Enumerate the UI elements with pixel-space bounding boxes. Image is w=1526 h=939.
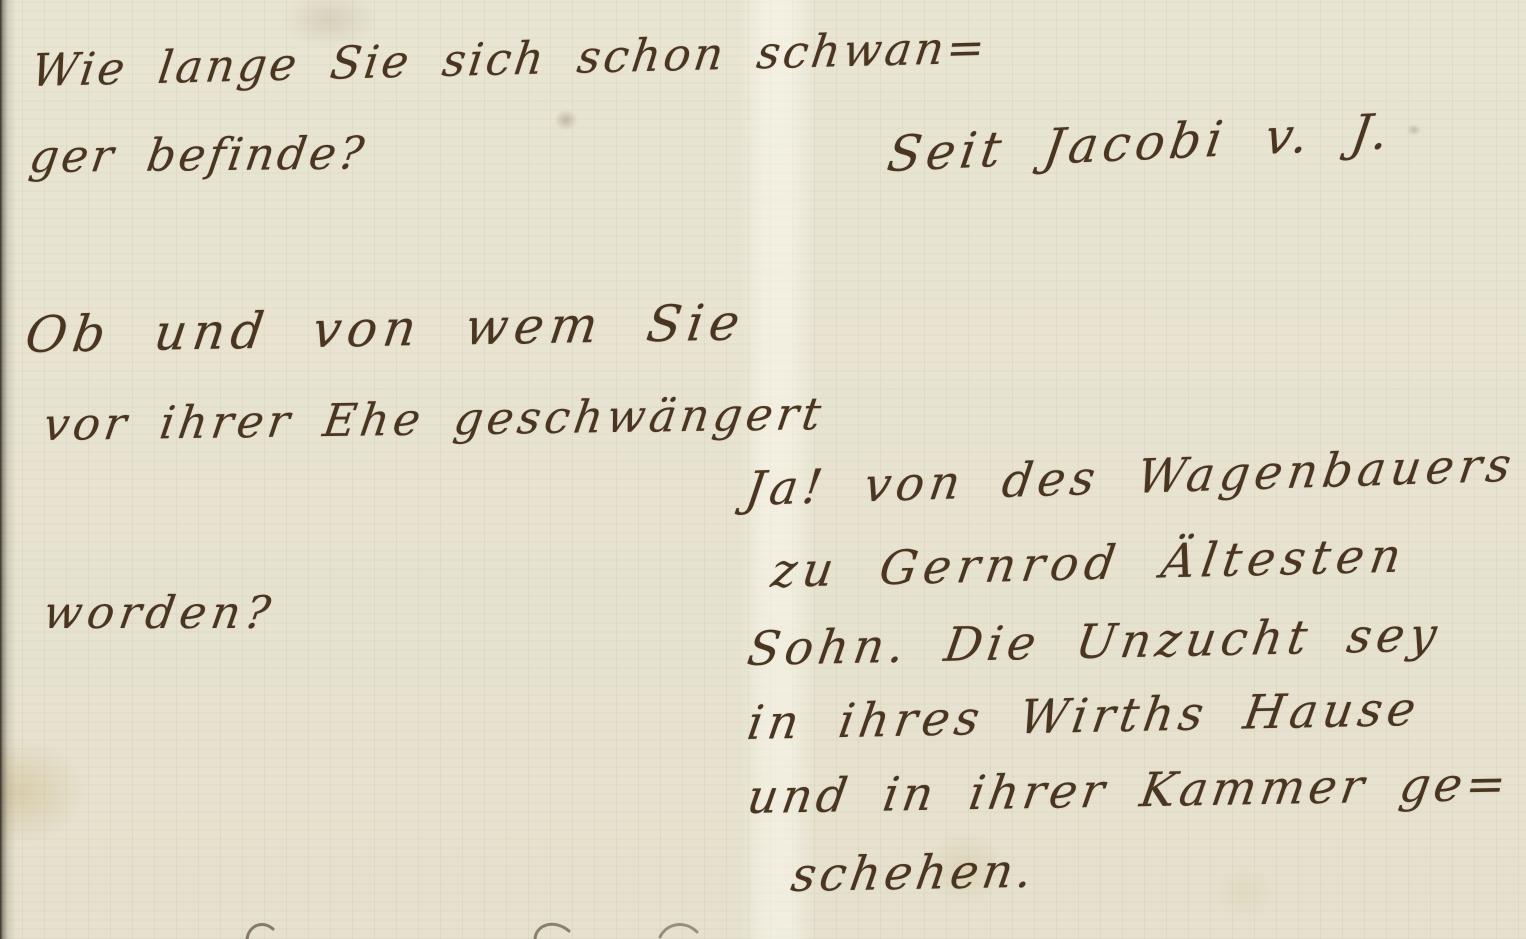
question-line: vor ihrer Ehe geschwängert bbox=[40, 387, 828, 451]
question-line: worden? bbox=[40, 586, 279, 639]
answer-line: zu Gernrod Ältesten bbox=[768, 528, 1411, 599]
cut-off-bottom-line bbox=[235, 918, 775, 939]
manuscript-page: Wie lange Sie sich schon schwan= ger bef… bbox=[0, 0, 1526, 939]
answer-line: in ihres Wirths Hause bbox=[744, 682, 1425, 751]
ink-stroke bbox=[660, 925, 697, 937]
question-line: ger befinde? bbox=[26, 126, 370, 183]
answer-line: schehen. bbox=[788, 844, 1041, 903]
answer-line: Sohn. Die Unzucht sey bbox=[744, 607, 1446, 677]
answer-line: Ja! von des Wagenbauers bbox=[742, 438, 1519, 517]
answer-line: Seit Jacobi v. J. bbox=[884, 103, 1397, 183]
answer-line: und in ihrer Kammer ge= bbox=[744, 757, 1514, 825]
ink-stroke bbox=[535, 924, 569, 939]
ink-stroke bbox=[247, 924, 273, 939]
question-line: Ob und von wem Sie bbox=[22, 293, 749, 364]
question-line: Wie lange Sie sich schon schwan= bbox=[28, 21, 991, 98]
